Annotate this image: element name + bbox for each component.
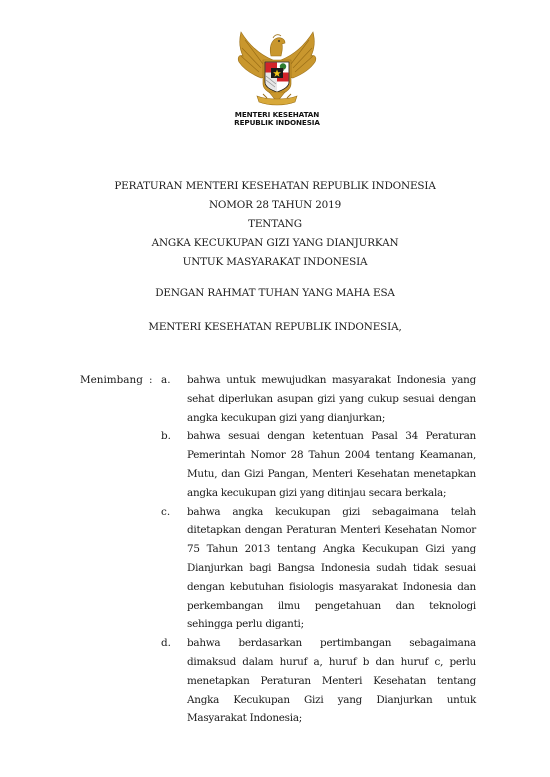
item-text: bahwa untuk mewujudkan masyarakat Indone… (187, 371, 476, 427)
garuda-emblem-icon (233, 26, 321, 112)
item-letter: c. (161, 503, 170, 522)
considering-item-d: d. bahwa berdasarkan pertimbangan sebaga… (0, 634, 550, 728)
item-letter: b. (161, 427, 171, 446)
caption-line-republic: REPUBLIK INDONESIA (225, 119, 329, 127)
title-regulation-number: NOMOR 28 TAHUN 2019 (0, 196, 550, 215)
item-text: bahwa sesuai dengan ketentuan Pasal 34 P… (187, 427, 476, 502)
title-subject-line2: UNTUK MASYARAKAT INDONESIA (0, 253, 550, 272)
ministry-caption: MENTERI KESEHATAN REPUBLIK INDONESIA (225, 111, 329, 127)
considering-item-a: a. bahwa untuk mewujudkan masyarakat Ind… (0, 371, 550, 427)
title-regulation-name: PERATURAN MENTERI KESEHATAN REPUBLIK IND… (0, 177, 550, 196)
regulation-title: PERATURAN MENTERI KESEHATAN REPUBLIK IND… (0, 177, 550, 272)
title-subject-line1: ANGKA KECUKUPAN GIZI YANG DIANJURKAN (0, 234, 550, 253)
item-text: bahwa berdasarkan pertimbangan sebagaima… (187, 634, 476, 728)
considering-item-b: b. bahwa sesuai dengan ketentuan Pasal 3… (0, 427, 550, 502)
item-text: bahwa angka kecukupan gizi sebagaimana t… (187, 503, 476, 635)
item-letter: a. (161, 371, 171, 390)
invocation-text: DENGAN RAHMAT TUHAN YANG MAHA ESA (0, 284, 550, 303)
item-letter: d. (161, 634, 171, 653)
enactor: MENTERI KESEHATAN REPUBLIK INDONESIA, (0, 318, 550, 337)
invocation: DENGAN RAHMAT TUHAN YANG MAHA ESA (0, 284, 550, 303)
considering-list: a. bahwa untuk mewujudkan masyarakat Ind… (0, 371, 550, 728)
enactor-text: MENTERI KESEHATAN REPUBLIK INDONESIA, (0, 318, 550, 337)
title-concerning: TENTANG (0, 215, 550, 234)
considering-item-c: c. bahwa angka kecukupan gizi sebagaiman… (0, 503, 550, 635)
